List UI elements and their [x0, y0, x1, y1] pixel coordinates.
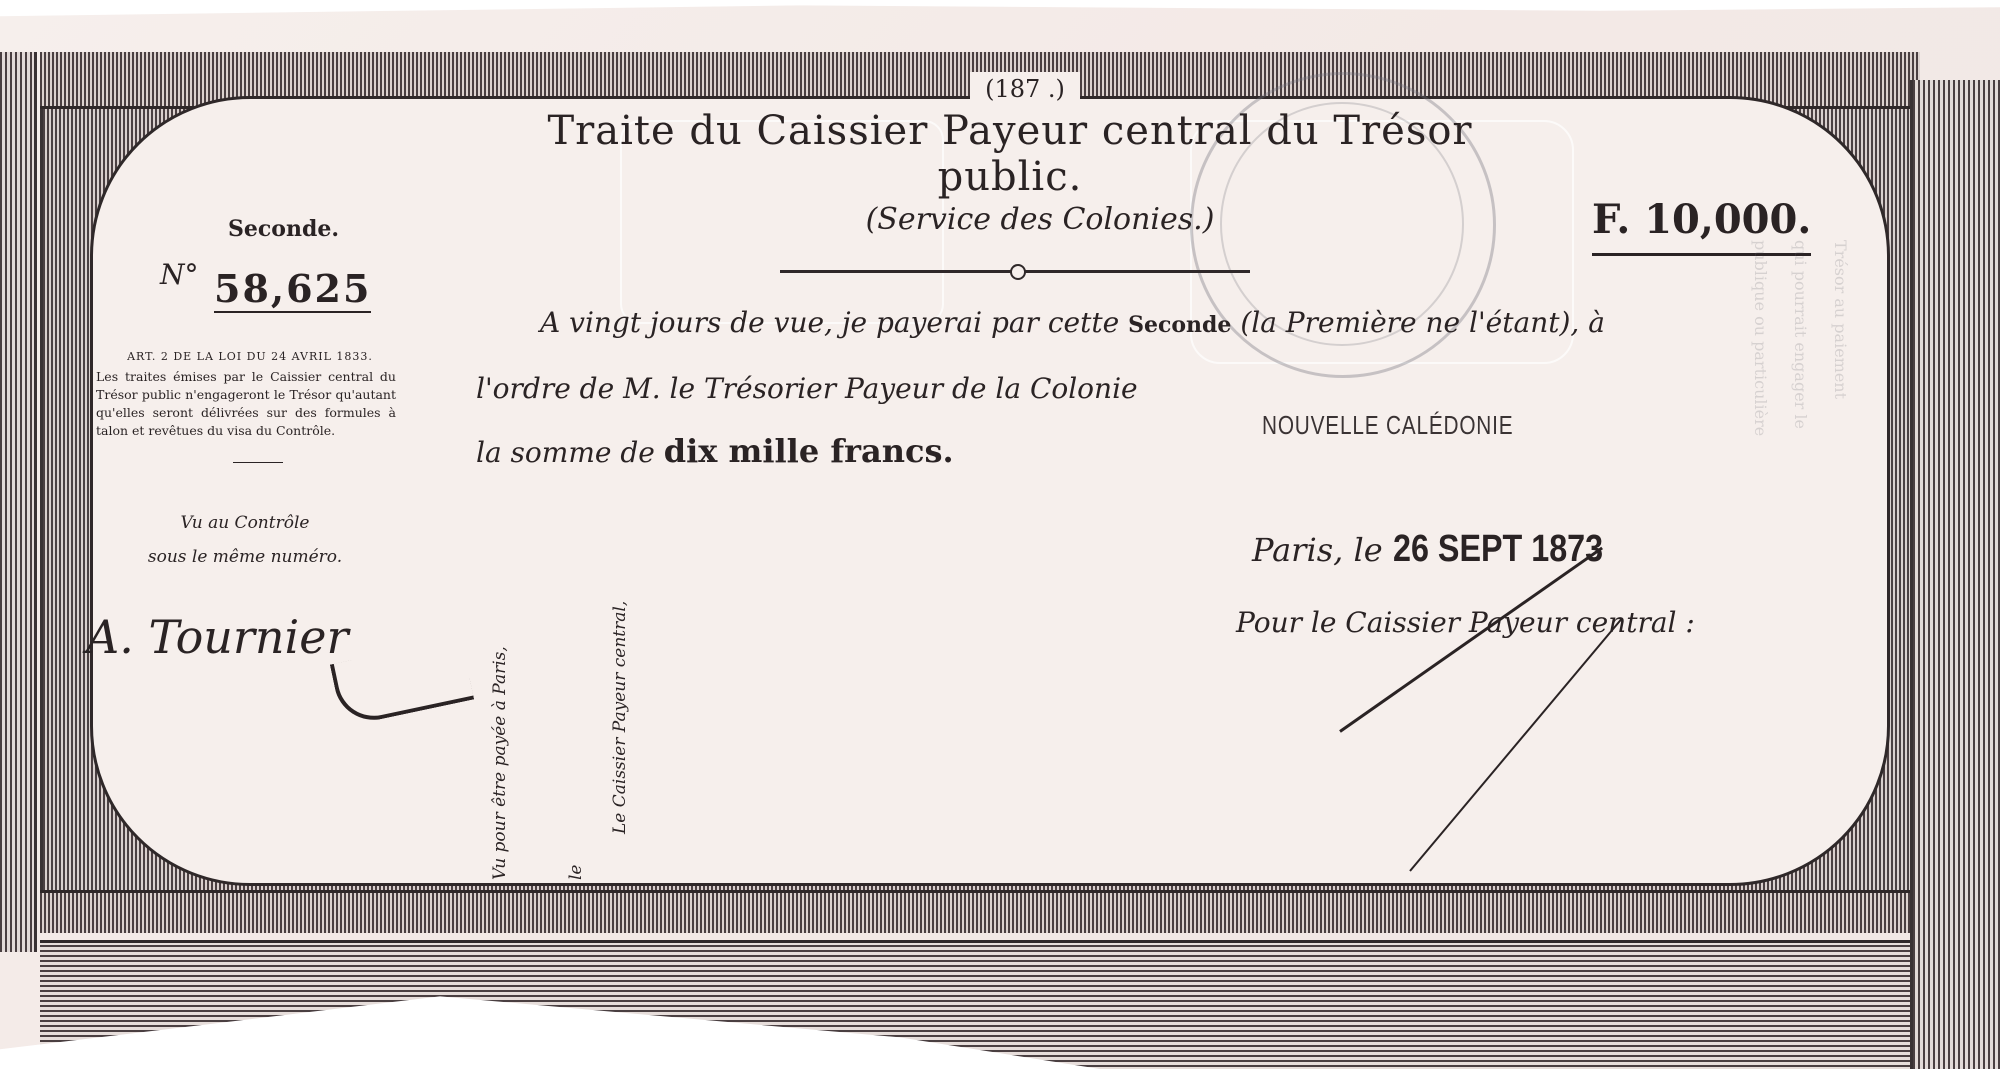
visa-control-text: Vu au Contrôle sous le même numéro. — [100, 506, 390, 574]
show-through-text: publique ou particulière qui pourrait en… — [1750, 240, 1890, 800]
issue-date: 26 SEPT 1873 — [1393, 528, 1603, 571]
short-divider — [233, 462, 283, 463]
amount-in-words: dix mille francs. — [664, 432, 954, 470]
document-subtitle: (Service des Colonies.) — [770, 202, 1310, 237]
year-text: (187 .) — [985, 75, 1065, 103]
body-line-1: A vingt jours de vue, je payerai par cet… — [540, 306, 1605, 339]
ghost-line-1: publique ou particulière — [1751, 240, 1770, 436]
place-label: Paris, le — [1252, 531, 1383, 569]
number-label: N° — [160, 258, 199, 291]
ghost-line-3: Trésor au paiement — [1831, 240, 1850, 399]
ghost-line-2: qui pourrait engager le — [1791, 240, 1810, 429]
colony-stamp: NOUVELLE CALÉDONIE — [1262, 410, 1513, 441]
vertical-line-3: Le Caissier Payeur central, — [610, 601, 630, 834]
body-line-3: la somme de dix mille francs. — [476, 432, 954, 470]
law-article-title: ART. 2 DE LA LOI DU 24 AVRIL 1833. — [105, 350, 395, 363]
serial-number: 58,625 — [214, 266, 371, 313]
body-line-1-post: (la Première ne l'étant), à — [1240, 306, 1605, 339]
bottom-border-band — [40, 890, 1920, 933]
body-line-1-bold: Seconde — [1128, 312, 1231, 338]
ornamental-rule-dot — [1010, 264, 1026, 280]
year-label: (187 .) — [970, 72, 1080, 106]
body-line-2: l'ordre de M. le Trésorier Payeur de la … — [476, 372, 1138, 405]
law-article-text: Les traites émises par le Caissier centr… — [96, 368, 396, 440]
body-line-3-pre: la somme de — [476, 436, 655, 469]
for-cashier-label: Pour le Caissier Payeur central : — [1236, 606, 1695, 639]
copy-label: Seconde. — [228, 216, 339, 242]
body-line-1-pre: A vingt jours de vue, je payerai par cet… — [540, 306, 1119, 339]
visa-line-1: Vu au Contrôle — [100, 506, 390, 540]
vertical-line-2: le — [566, 865, 586, 881]
vertical-line-1: Vu pour être payée à Paris, — [490, 646, 510, 880]
controller-signature: A. Tournier — [86, 610, 348, 664]
visa-line-2: sous le même numéro. — [100, 540, 390, 574]
left-engraved-strip — [0, 52, 37, 952]
document-title: Traite du Caissier Payeur central du Tré… — [470, 108, 1550, 200]
place-date: Paris, le 26 SEPT 1873 — [1252, 528, 1640, 571]
right-engraved-strip — [1910, 80, 2000, 1069]
